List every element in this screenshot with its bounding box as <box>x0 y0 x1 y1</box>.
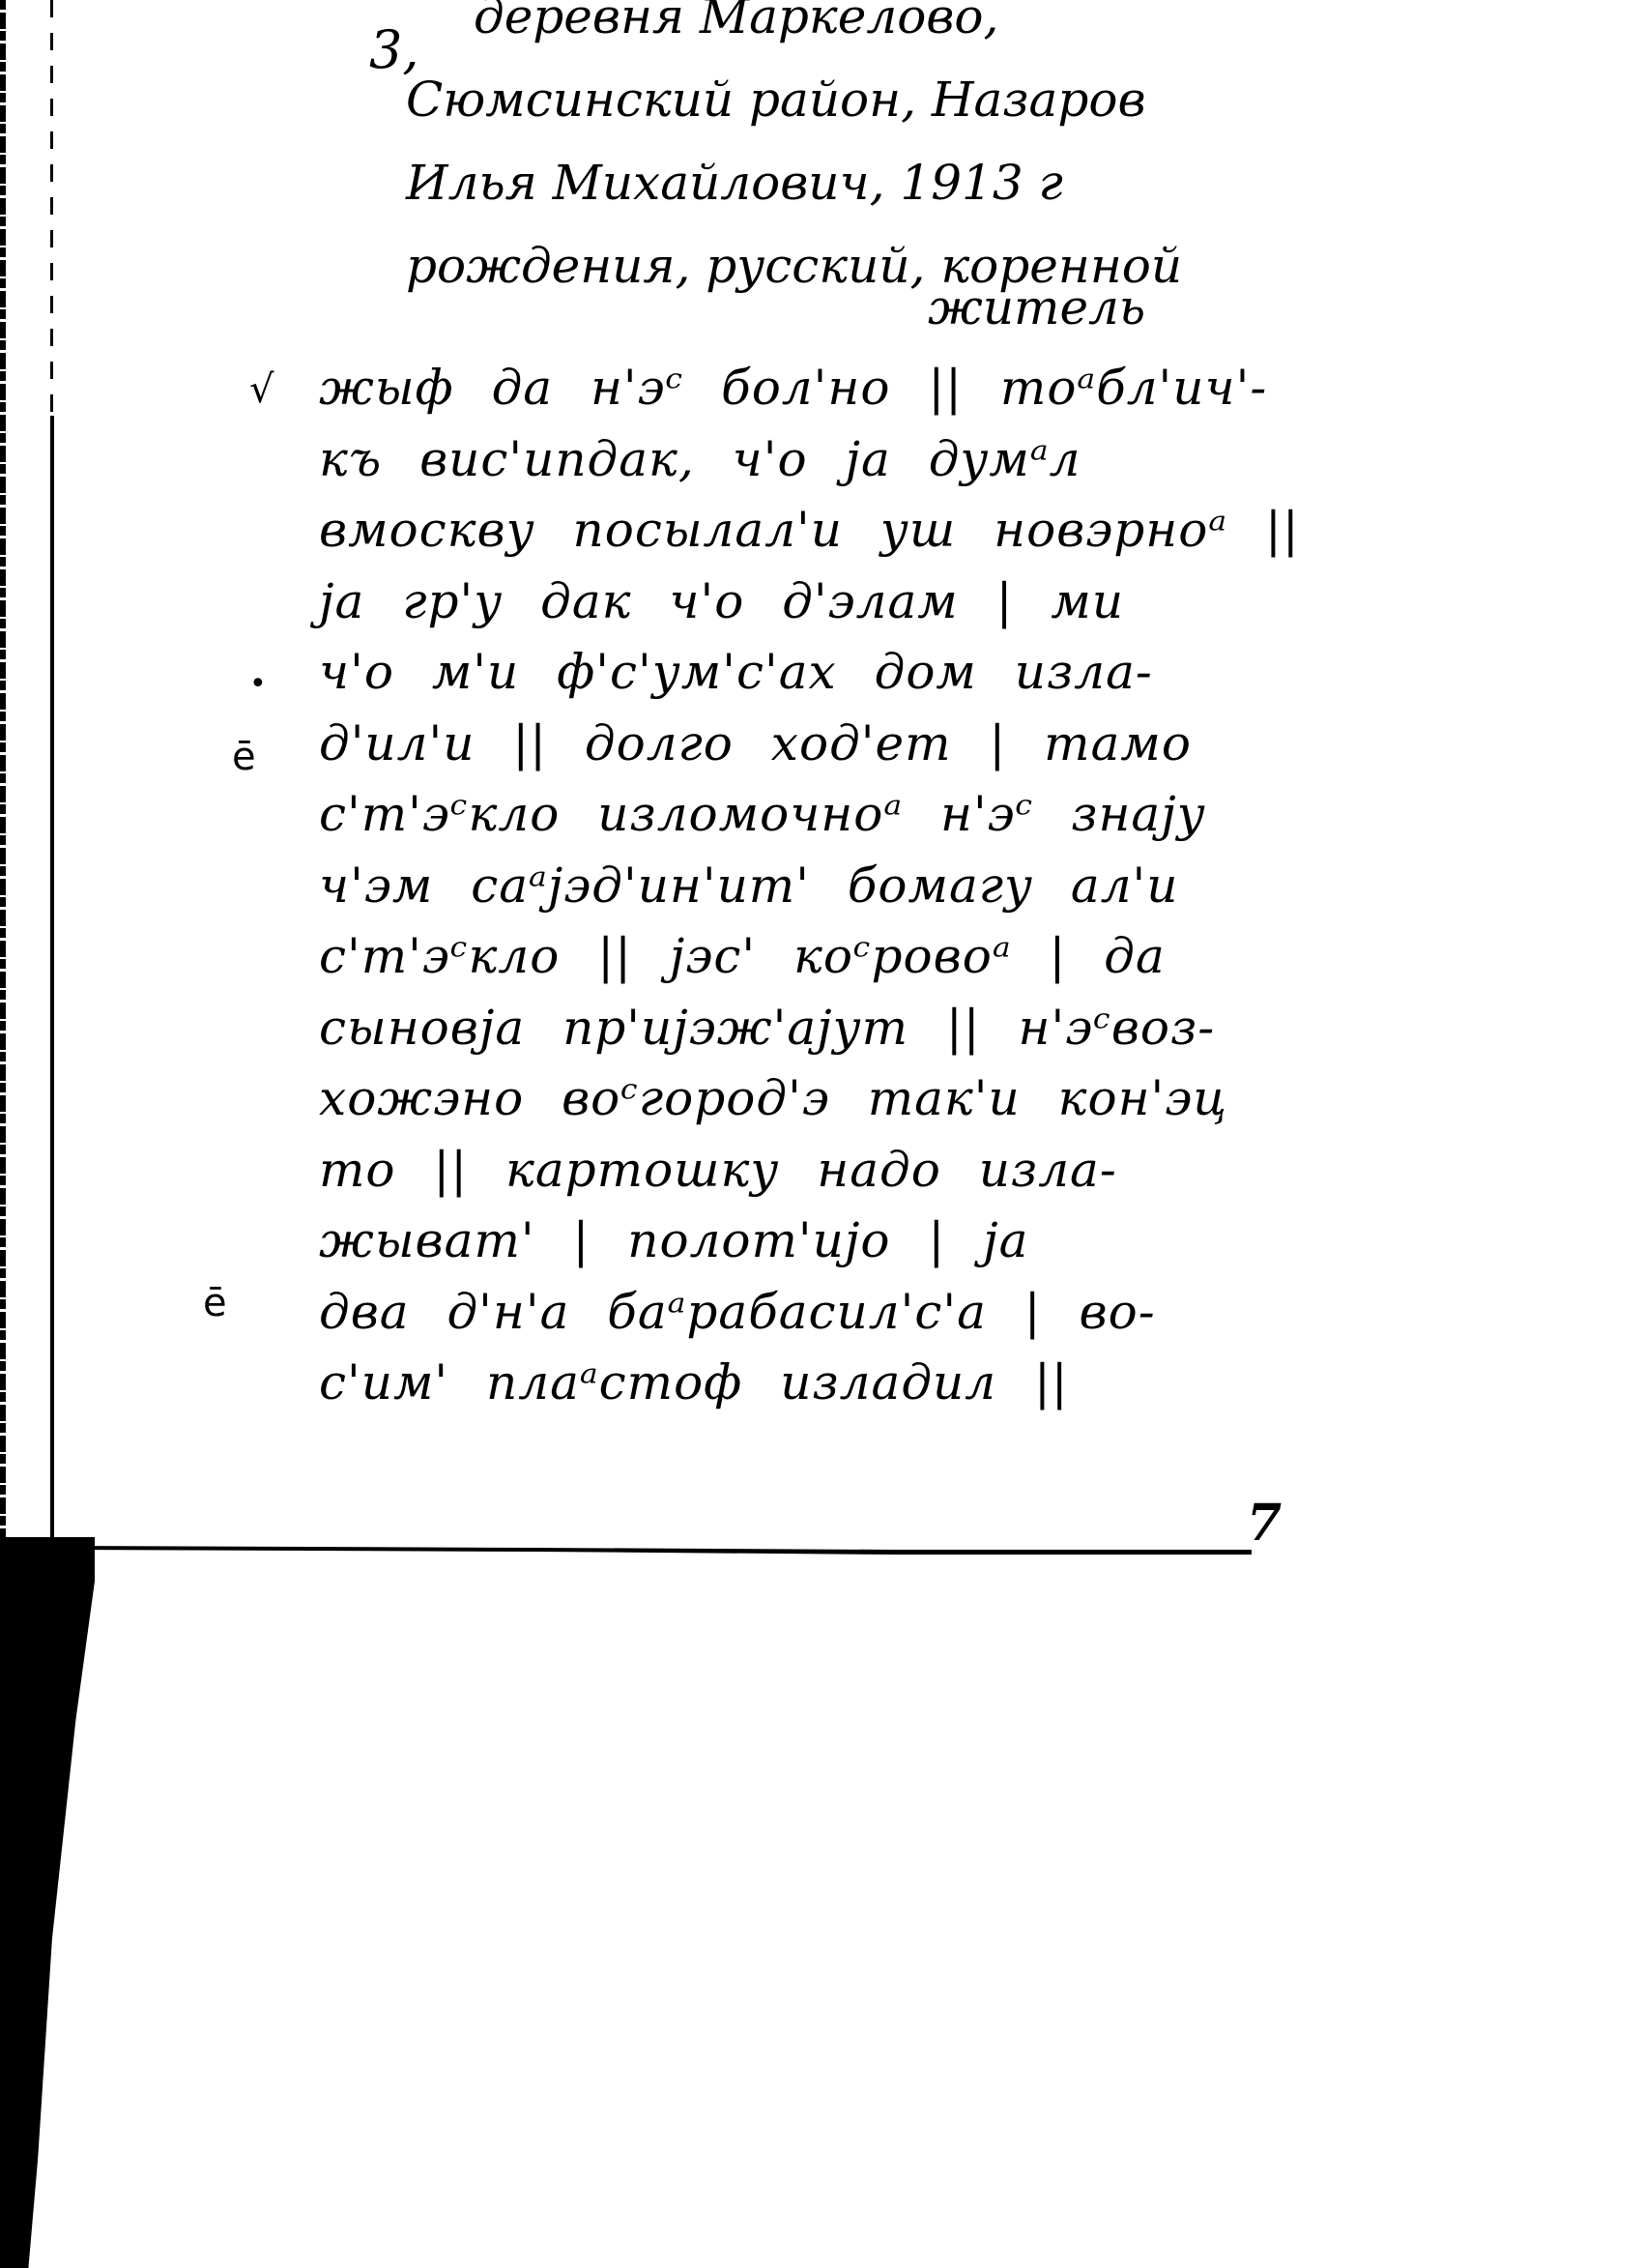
text-line: с'т'эᶜкло || јэс' коᶜровоᵃ | да <box>319 921 1363 993</box>
text-line: ч'эм саᵃјэд'ин'ит' бомагу ал'и <box>319 851 1363 922</box>
text-line: д'ил'и || долго ход'ет | тамо <box>319 709 1363 780</box>
margin-e-mark-icon: ē <box>203 1281 227 1325</box>
header-line-village: деревня Маркелово, <box>406 0 1372 56</box>
informant-header: деревня Маркелово, Сюмсинский район, Наз… <box>406 0 1372 327</box>
transcription-body: жыф да н'эᶜ бол'но || тоᵃбл'ич'- къ вис'… <box>319 353 1363 1419</box>
scan-black-bar <box>0 1537 95 2268</box>
scanned-page: 3, деревня Маркелово, Сюмсинский район, … <box>0 0 1643 2268</box>
page-number: 7 <box>1247 1494 1282 1553</box>
text-line: два д'н'а баᵃрабасил'с'а | во- <box>319 1277 1363 1349</box>
text-line: вмоскву посылал'и уш новэрноᵃ || <box>319 495 1363 567</box>
text-line: с'им' плаᵃстоф изладил || <box>319 1348 1363 1419</box>
header-line-name: Илья Михайлович, 1913 г <box>406 143 1372 222</box>
text-line: то || картошку надо изла- <box>319 1135 1363 1207</box>
header-line-district: Сюмсинский район, Назаров <box>406 60 1372 139</box>
bottom-rule-line <box>58 1545 1252 1555</box>
scan-edge-shadow <box>0 0 6 1537</box>
text-line: с'т'эᶜкло изломочноᵃ н'эᶜ знају <box>319 779 1363 851</box>
margin-e-mark-icon: ē <box>232 735 256 779</box>
text-line: жыф да н'эᶜ бол'но || тоᵃбл'ич'- <box>319 353 1363 424</box>
text-line: ја гр'у дак ч'о д'элам | ми <box>319 567 1363 638</box>
checkmark-icon: √ <box>249 367 274 412</box>
text-line: жыват' | полот'ијо | ја <box>319 1206 1363 1277</box>
dot-mark-icon: • <box>249 667 267 701</box>
text-line: хожэно воᶜгород'э так'и кон'эц <box>319 1063 1363 1135</box>
text-line: къ вис'ипдак, ч'о ја думᵃл <box>319 424 1363 496</box>
margin-rule-solid <box>50 416 54 1537</box>
text-line: ч'о м'и ф'с'ум'с'ах дом изла- <box>319 637 1363 709</box>
text-line: сыновја пр'ијэж'ајут || н'эᶜвоз- <box>319 993 1363 1064</box>
